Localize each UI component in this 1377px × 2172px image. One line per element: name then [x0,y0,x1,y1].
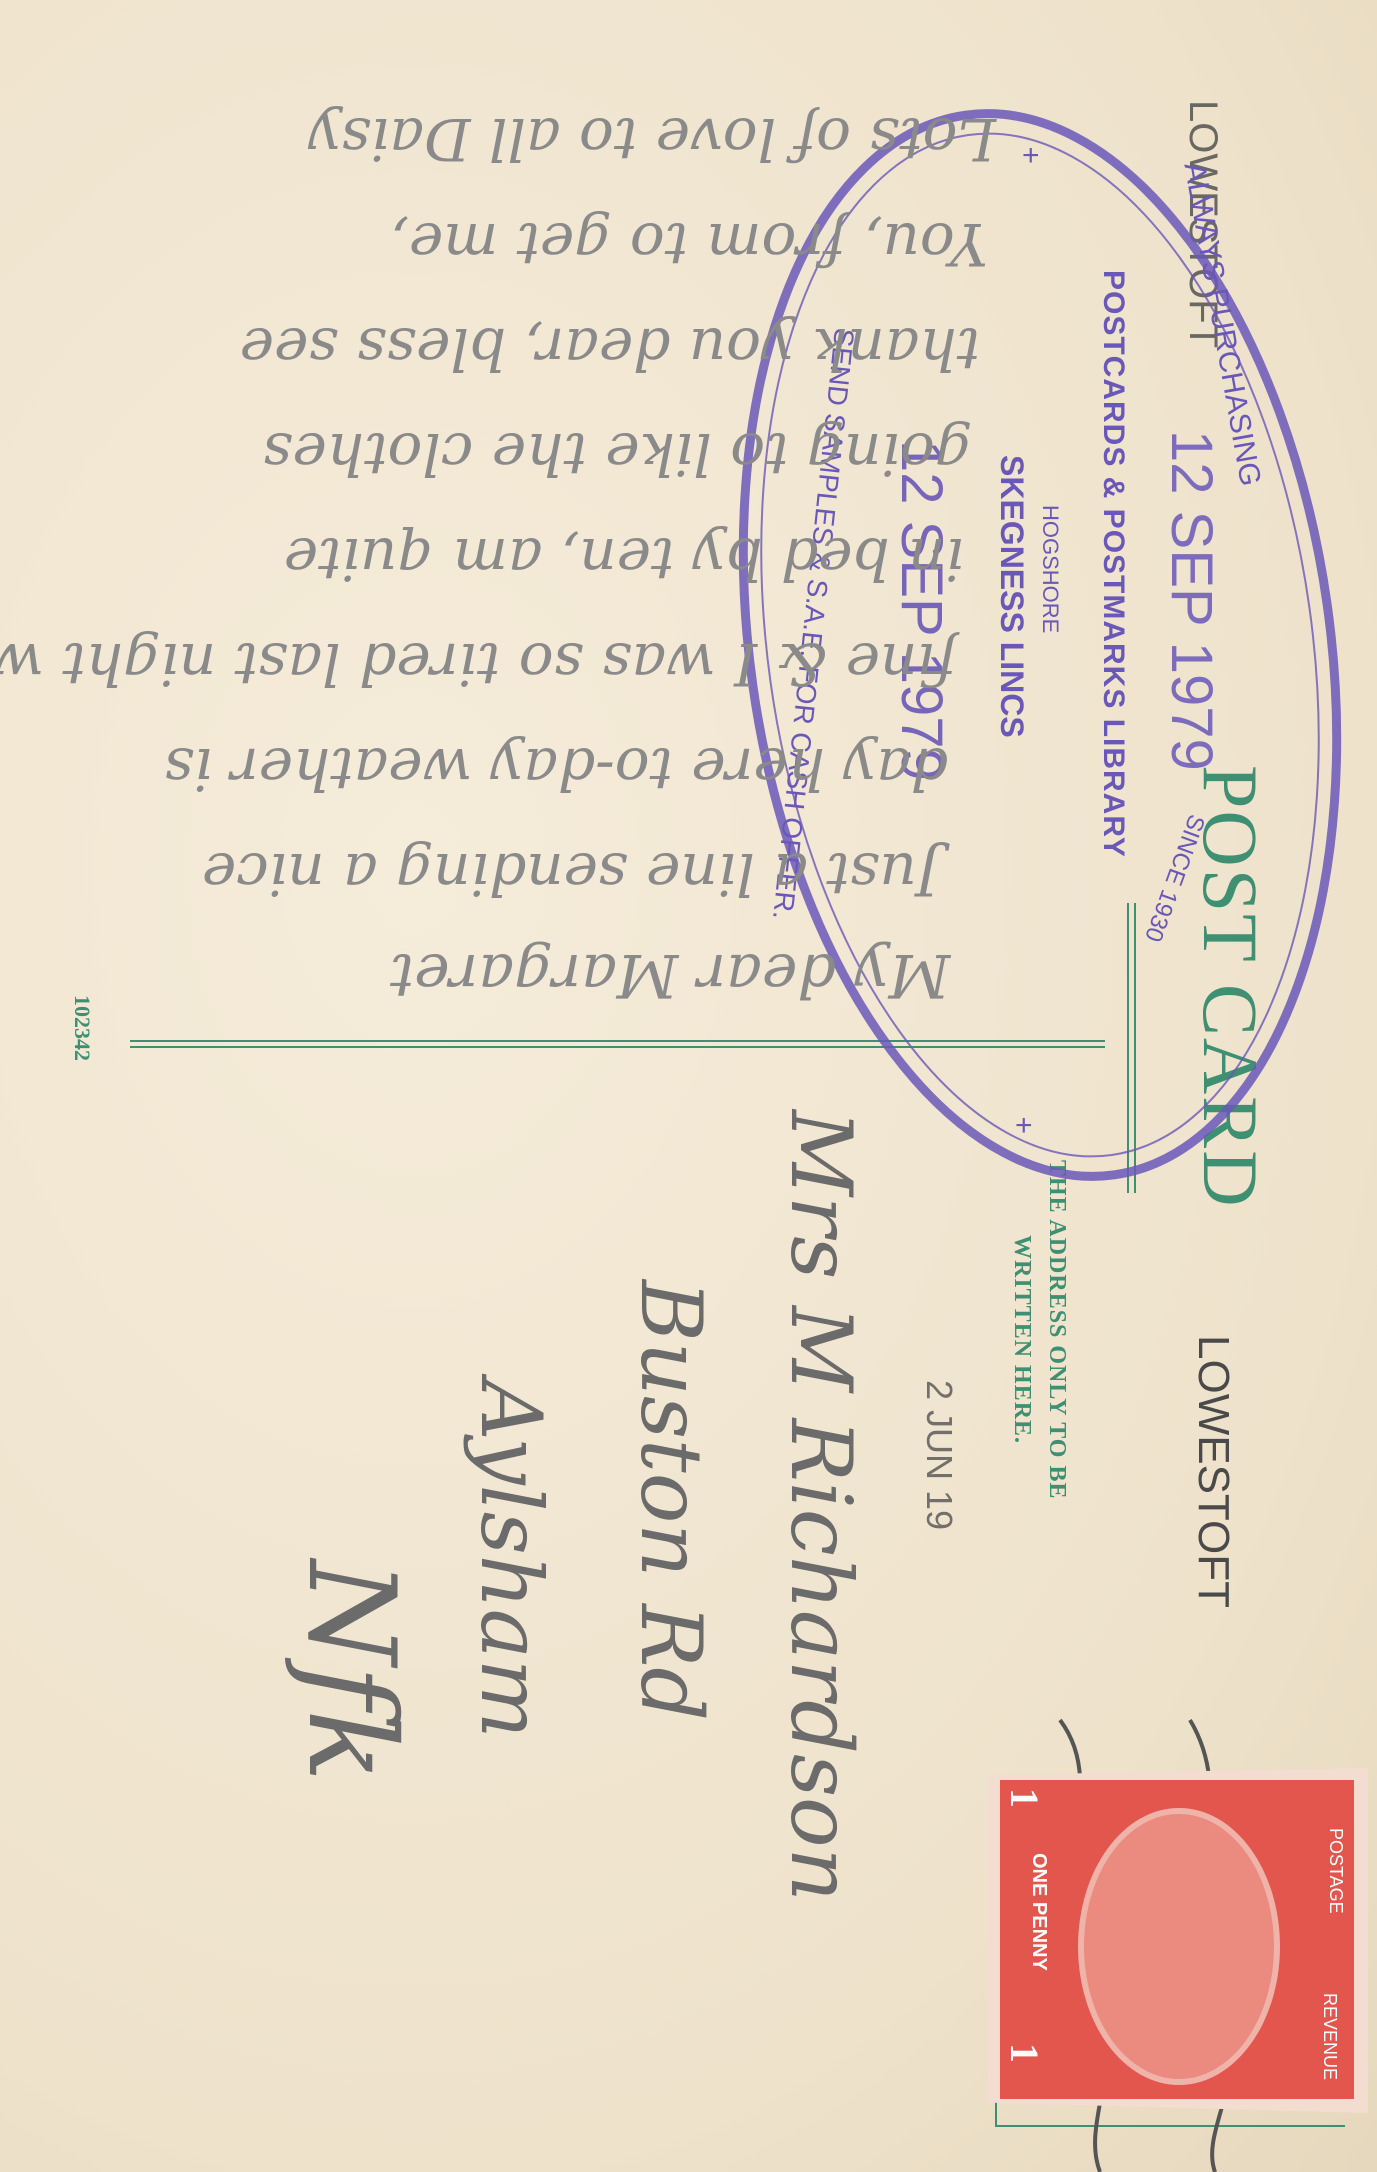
message-line: You, from to get me, [88,210,988,278]
postcard-back: POST CARD THE ADDRESS ONLY TO BE WRITTEN… [0,0,1377,2172]
message-block: My dear Margaret Just a line sending a n… [0,0,1377,2172]
message-line: thank you dear, bless see [80,315,980,383]
address-line: Mrs M Richardson [772,1110,870,1902]
address-line: Aylsham [462,1380,560,1739]
message-line: Just a line sending a nice [40,840,940,908]
address-line: Buston Rd [622,1280,720,1721]
message-line: day here to-day weather is [48,735,948,803]
message-line: fine & I was so tired last night was [56,630,956,698]
message-greeting: My dear Margaret [390,940,950,1010]
message-line: in bed by ten, am quite [64,525,964,593]
message-line: going to like the clothes [72,420,972,488]
message-line: Lots of love to all Daisy [96,105,996,173]
address-line: Nfk [281,1560,420,1782]
